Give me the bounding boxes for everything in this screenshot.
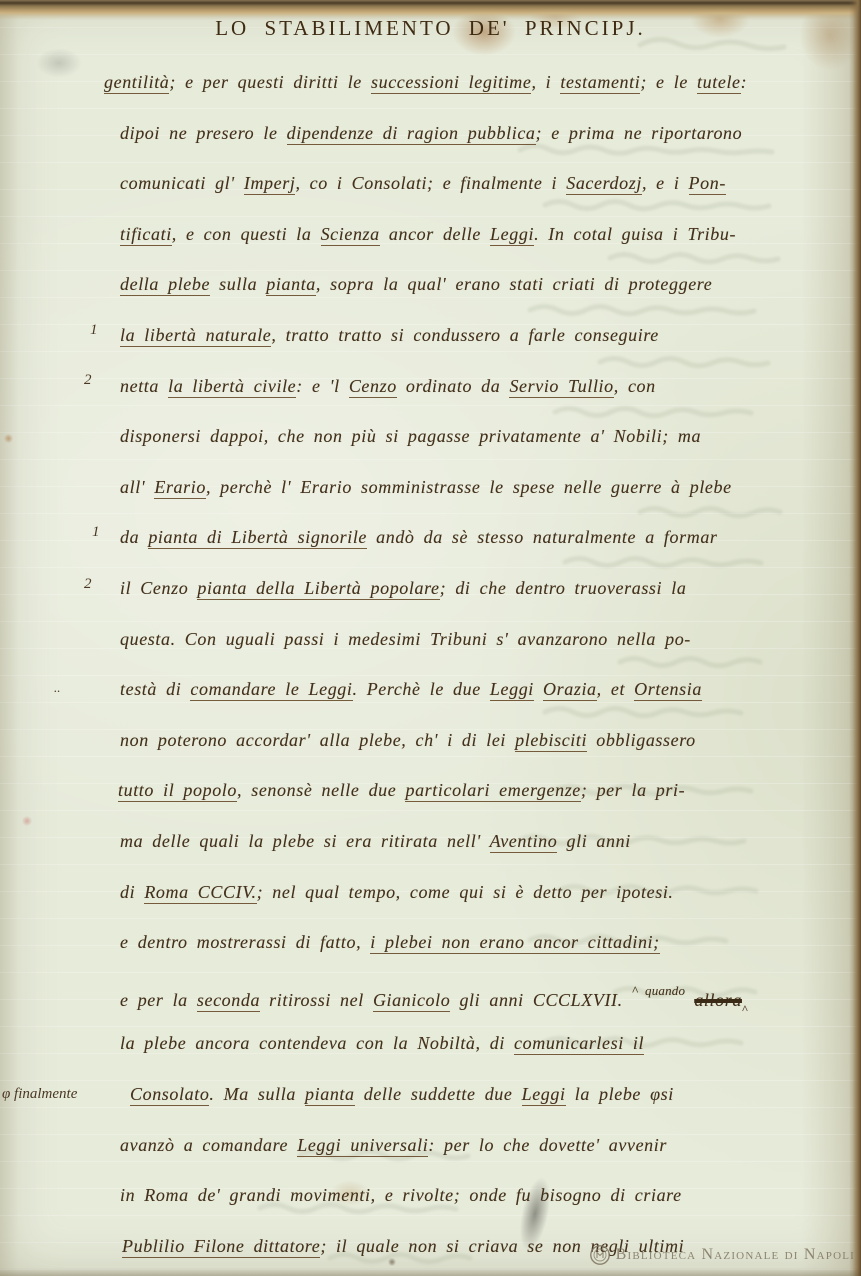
watermark-label: Biblioteca Nazionale di Napoli [616, 1246, 855, 1264]
manuscript-line: questa. Con uguali passi i medesimi Trib… [120, 629, 691, 650]
underlined-phrase: tutto il popolo [118, 780, 237, 802]
text-segment: ordinato da [397, 376, 510, 396]
text-segment: sulla [210, 274, 266, 294]
library-emblem-icon [589, 1244, 611, 1266]
text-segment: ; e prima ne riportarono [536, 123, 743, 143]
text-segment: la plebe ancora contendeva con la Nobilt… [120, 1033, 514, 1053]
underlined-phrase: Gianicolo [373, 990, 450, 1012]
margin-note: 1 [92, 524, 100, 541]
underlined-phrase: tificati [120, 224, 172, 246]
manuscript-line: ma delle quali la plebe si era ritirata … [120, 831, 631, 852]
text-segment: non poterono accordar' alla plebe, ch' i… [120, 730, 515, 750]
underlined-phrase: Erario [154, 477, 206, 499]
manuscript-line: testà di comandare le Leggi. Perchè le d… [120, 679, 702, 700]
text-segment: obbligassero [587, 730, 696, 750]
text-segment: , tratto tratto si condussero a farle co… [271, 325, 658, 345]
text-segment: : [741, 72, 748, 92]
foxing-dot [4, 434, 13, 443]
underlined-phrase: pianta [305, 1084, 355, 1106]
underlined-phrase: Pon- [689, 173, 726, 195]
text-segment [685, 990, 694, 1010]
library-watermark: Biblioteca Nazionale di Napoli [589, 1244, 855, 1266]
margin-note: 2 [84, 372, 92, 389]
manuscript-line: il Cenzo pianta della Libertà popolare; … [120, 578, 686, 599]
underlined-phrase: Aventino [490, 831, 558, 853]
text-segment: in Roma de' grandi movimenti, e rivolte;… [120, 1185, 682, 1205]
underlined-phrase: Sacerdozj [566, 173, 642, 195]
manuscript-line: e dentro mostrerassi di fatto, i plebei … [120, 932, 660, 953]
text-segment: la plebe φsi [566, 1084, 674, 1104]
text-segment: , con [614, 376, 656, 396]
text-segment: e per la [120, 990, 197, 1010]
text-segment: dipoi ne presero le [120, 123, 287, 143]
foxing-dot [22, 816, 32, 826]
struck-word: allora [694, 990, 742, 1010]
text-segment: di [120, 882, 144, 902]
text-segment: , e con questi la [172, 224, 321, 244]
underlined-phrase: Cenzo [349, 376, 397, 398]
manuscript-line: Consolato. Ma sulla pianta delle suddett… [130, 1084, 674, 1105]
underlined-phrase: comandare le Leggi [190, 679, 352, 701]
foxing-dot [388, 1258, 396, 1266]
underlined-phrase: pianta di Libertà signorile [148, 527, 367, 549]
underlined-phrase: comunicarlesi il [514, 1033, 644, 1055]
text-segment: gli anni CCCLXVII. [450, 990, 632, 1010]
manuscript-line: di Roma CCCIV.; nel qual tempo, come qui… [120, 882, 674, 903]
underlined-phrase: Imperj [244, 173, 296, 195]
margin-note: 1 [90, 322, 98, 339]
text-segment: , perchè l' Erario somministrasse le spe… [206, 477, 732, 497]
underlined-phrase: gentilità [104, 72, 169, 94]
manuscript-line: gentilità; e per questi diritti le succe… [104, 72, 747, 93]
manuscript-line: avanzò a comandare Leggi universali: per… [120, 1135, 667, 1156]
margin-note: φ finalmente [2, 1086, 77, 1103]
margin-note: 2 [84, 576, 92, 593]
text-segment: disponersi dappoi, che non più si pagass… [120, 426, 701, 446]
interlinear-insertion: ^ quando [632, 983, 685, 998]
text-segment: ritirossi nel [260, 990, 373, 1010]
underlined-phrase: Consolato [130, 1084, 209, 1106]
text-segment: andò da sè stesso naturalmente a formar [367, 527, 718, 547]
underlined-phrase: i plebei non erano ancor cittadini; [370, 932, 659, 954]
text-segment: da [120, 527, 148, 547]
manuscript-line: della plebe sulla pianta, sopra la qual'… [120, 274, 712, 295]
text-segment: il Cenzo [120, 578, 197, 598]
text-segment: , i [531, 72, 560, 92]
manuscript-line: e per la seconda ritirossi nel Gianicolo… [120, 983, 748, 1017]
underlined-phrase: Servio Tullio [509, 376, 613, 398]
underlined-phrase: dipendenze di ragion pubblica [287, 123, 536, 145]
text-segment: : e 'l [296, 376, 349, 396]
underlined-phrase: Publilio Filone dittatore [122, 1236, 320, 1258]
underlined-phrase: testamenti [560, 72, 640, 94]
underlined-phrase: successioni legitime [371, 72, 531, 94]
text-segment: ma delle quali la plebe si era ritirata … [120, 831, 490, 851]
text-segment: . Perchè le due [353, 679, 490, 699]
manuscript-line: la plebe ancora contendeva con la Nobilt… [120, 1033, 644, 1054]
text-segment: avanzò a comandare [120, 1135, 297, 1155]
text-segment: ; di che dentro truoverassi la [440, 578, 687, 598]
underlined-phrase: plebisciti [515, 730, 587, 752]
text-segment: netta [120, 376, 168, 396]
text-segment: ^ [742, 1002, 748, 1016]
text-segment: testà di [120, 679, 190, 699]
text-segment: ; per la pri- [581, 780, 685, 800]
text-segment: gli anni [557, 831, 630, 851]
underlined-phrase: Roma CCCIV. [144, 882, 256, 904]
underlined-phrase: seconda [197, 990, 260, 1012]
text-segment: , sopra la qual' erano stati criati di p… [316, 274, 712, 294]
underlined-phrase: la libertà naturale [120, 325, 271, 347]
text-segment: , co i Consolati; e finalmente i [295, 173, 566, 193]
text-segment: : per lo che dovette' avvenir [428, 1135, 667, 1155]
underlined-phrase: Scienza [321, 224, 380, 246]
page-edge-bottom [0, 1268, 861, 1276]
underlined-phrase: la libertà civile [168, 376, 296, 398]
text-segment: ancor delle [380, 224, 490, 244]
text-segment: . Ma sulla [209, 1084, 305, 1104]
manuscript-line: disponersi dappoi, che non più si pagass… [120, 426, 701, 447]
underlined-phrase: Leggi [490, 679, 534, 701]
text-segment: , et [597, 679, 635, 699]
text-segment: ; e per questi diritti le [169, 72, 371, 92]
underlined-phrase: particolari emergenze [405, 780, 580, 802]
underlined-phrase: tutele [697, 72, 741, 94]
text-segment: delle suddette due [355, 1084, 522, 1104]
underlined-phrase: Orazia [543, 679, 597, 701]
text-segment [534, 679, 543, 699]
manuscript-page: LO STABILIMENTO DE' PRINCIPJ. gentilità;… [0, 0, 861, 1276]
text-segment: , senonsè nelle due [237, 780, 405, 800]
manuscript-line: in Roma de' grandi movimenti, e rivolte;… [120, 1185, 682, 1206]
margin-note: .. [54, 680, 61, 696]
manuscript-line: tificati, e con questi la Scienza ancor … [120, 224, 736, 245]
manuscript-line: comunicati gl' Imperj, co i Consolati; e… [120, 173, 726, 194]
manuscript-line: dipoi ne presero le dipendenze di ragion… [120, 123, 742, 144]
manuscript-line: netta la libertà civile: e 'l Cenzo ordi… [120, 376, 656, 397]
text-segment: e dentro mostrerassi di fatto, [120, 932, 370, 952]
text-segment: , e i [642, 173, 689, 193]
underlined-phrase: Leggi [490, 224, 534, 246]
text-segment: ; e le [640, 72, 697, 92]
text-segment: ; nel qual tempo, come qui si è detto pe… [257, 882, 674, 902]
pencil-smudge [36, 48, 82, 78]
manuscript-line: non poterono accordar' alla plebe, ch' i… [120, 730, 696, 751]
manuscript-line: tutto il popolo, senonsè nelle due parti… [118, 780, 685, 801]
underlined-phrase: pianta [266, 274, 316, 296]
manuscript-line: da pianta di Libertà signorile andò da s… [120, 527, 718, 548]
text-segment: questa. Con uguali passi i medesimi Trib… [120, 629, 691, 649]
underlined-phrase: Leggi universali [297, 1135, 428, 1157]
page-title: LO STABILIMENTO DE' PRINCIPJ. [0, 16, 861, 41]
text-segment: all' [120, 477, 154, 497]
underlined-phrase: Leggi [522, 1084, 566, 1106]
underlined-phrase: della plebe [120, 274, 210, 296]
manuscript-line: all' Erario, perchè l' Erario somministr… [120, 477, 732, 498]
text-segment: comunicati gl' [120, 173, 244, 193]
underlined-phrase: Ortensia [634, 679, 702, 701]
text-segment: . In cotal guisa i Tribu- [534, 224, 736, 244]
page-edge-right [849, 0, 861, 1276]
underlined-phrase: pianta della Libertà popolare [197, 578, 439, 600]
manuscript-line: la libertà naturale, tratto tratto si co… [120, 325, 659, 346]
